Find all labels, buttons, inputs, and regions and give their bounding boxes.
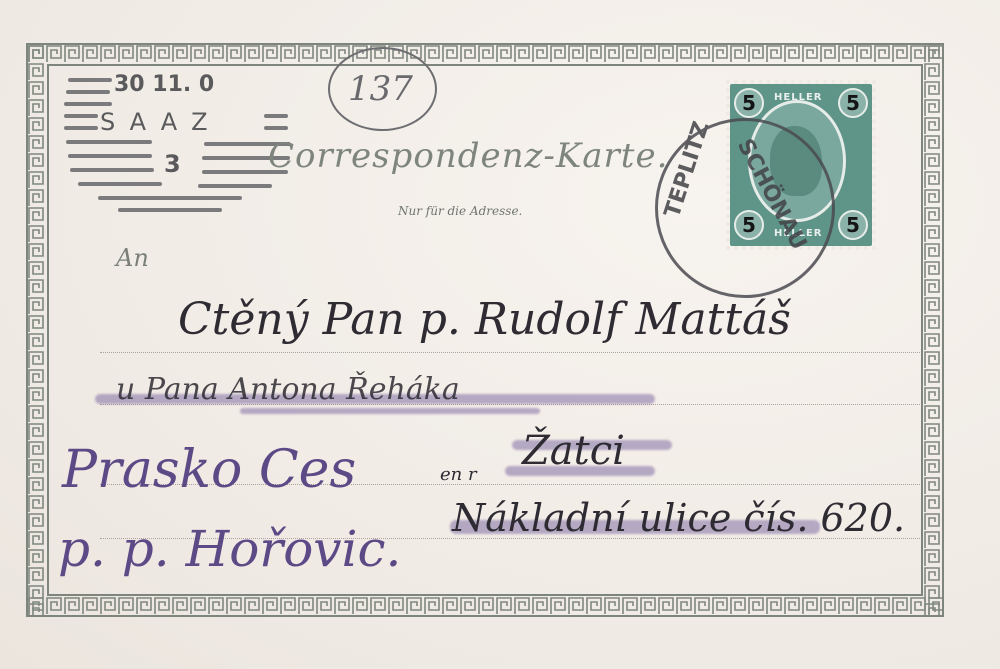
postmark-date: 30 11. 0 bbox=[114, 72, 214, 97]
card-title: Correspondenz-Karte. bbox=[268, 136, 668, 176]
catalog-number: 137 bbox=[348, 69, 413, 109]
address-label: An bbox=[116, 244, 149, 272]
stamp-value-bottom-right: 5 bbox=[838, 210, 868, 240]
postmark-saaz: 30 11. 0 SAAZ 3 bbox=[60, 66, 290, 216]
postcard: 30 11. 0 SAAZ 3 137 Correspondenz-Karte.… bbox=[0, 0, 1000, 669]
card-subtitle: Nur für die Adresse. bbox=[398, 204, 522, 218]
greek-key-border-left bbox=[28, 45, 46, 615]
catalog-number-circle: 137 bbox=[328, 47, 437, 131]
handwritten-street: Nákladní ulice čís. 620. bbox=[452, 496, 905, 540]
postmark-number: 3 bbox=[164, 150, 181, 178]
handwritten-care-of-struck: u Pana Antona Řeháka bbox=[116, 372, 460, 407]
address-line-1 bbox=[100, 352, 920, 353]
strikethrough-mark bbox=[240, 408, 540, 414]
greek-key-border-right bbox=[924, 45, 942, 615]
postmark-teplitz: TEPLITZ SCHÖNAU bbox=[655, 118, 835, 298]
handwritten-recipient: Ctěný Pan p. Rudolf Mattáš bbox=[178, 294, 791, 345]
handwritten-city-struck: Žatci bbox=[522, 428, 625, 474]
stamp-value-top-left: 5 bbox=[734, 88, 764, 118]
greek-key-border-bottom bbox=[28, 597, 942, 615]
handwritten-redirect-line1: Prasko Ces bbox=[62, 440, 356, 500]
handwritten-redirect-line2: p. p. Hořovic. bbox=[58, 520, 401, 578]
handwritten-prefix: en r bbox=[440, 464, 477, 485]
postmark-teplitz-right: SCHÖNAU bbox=[732, 135, 811, 254]
greek-key-border-top bbox=[28, 45, 942, 63]
postmark-town: SAAZ bbox=[100, 108, 222, 136]
stamp-value-top-right: 5 bbox=[838, 88, 868, 118]
stamp-currency-top: HELLER bbox=[774, 92, 822, 103]
